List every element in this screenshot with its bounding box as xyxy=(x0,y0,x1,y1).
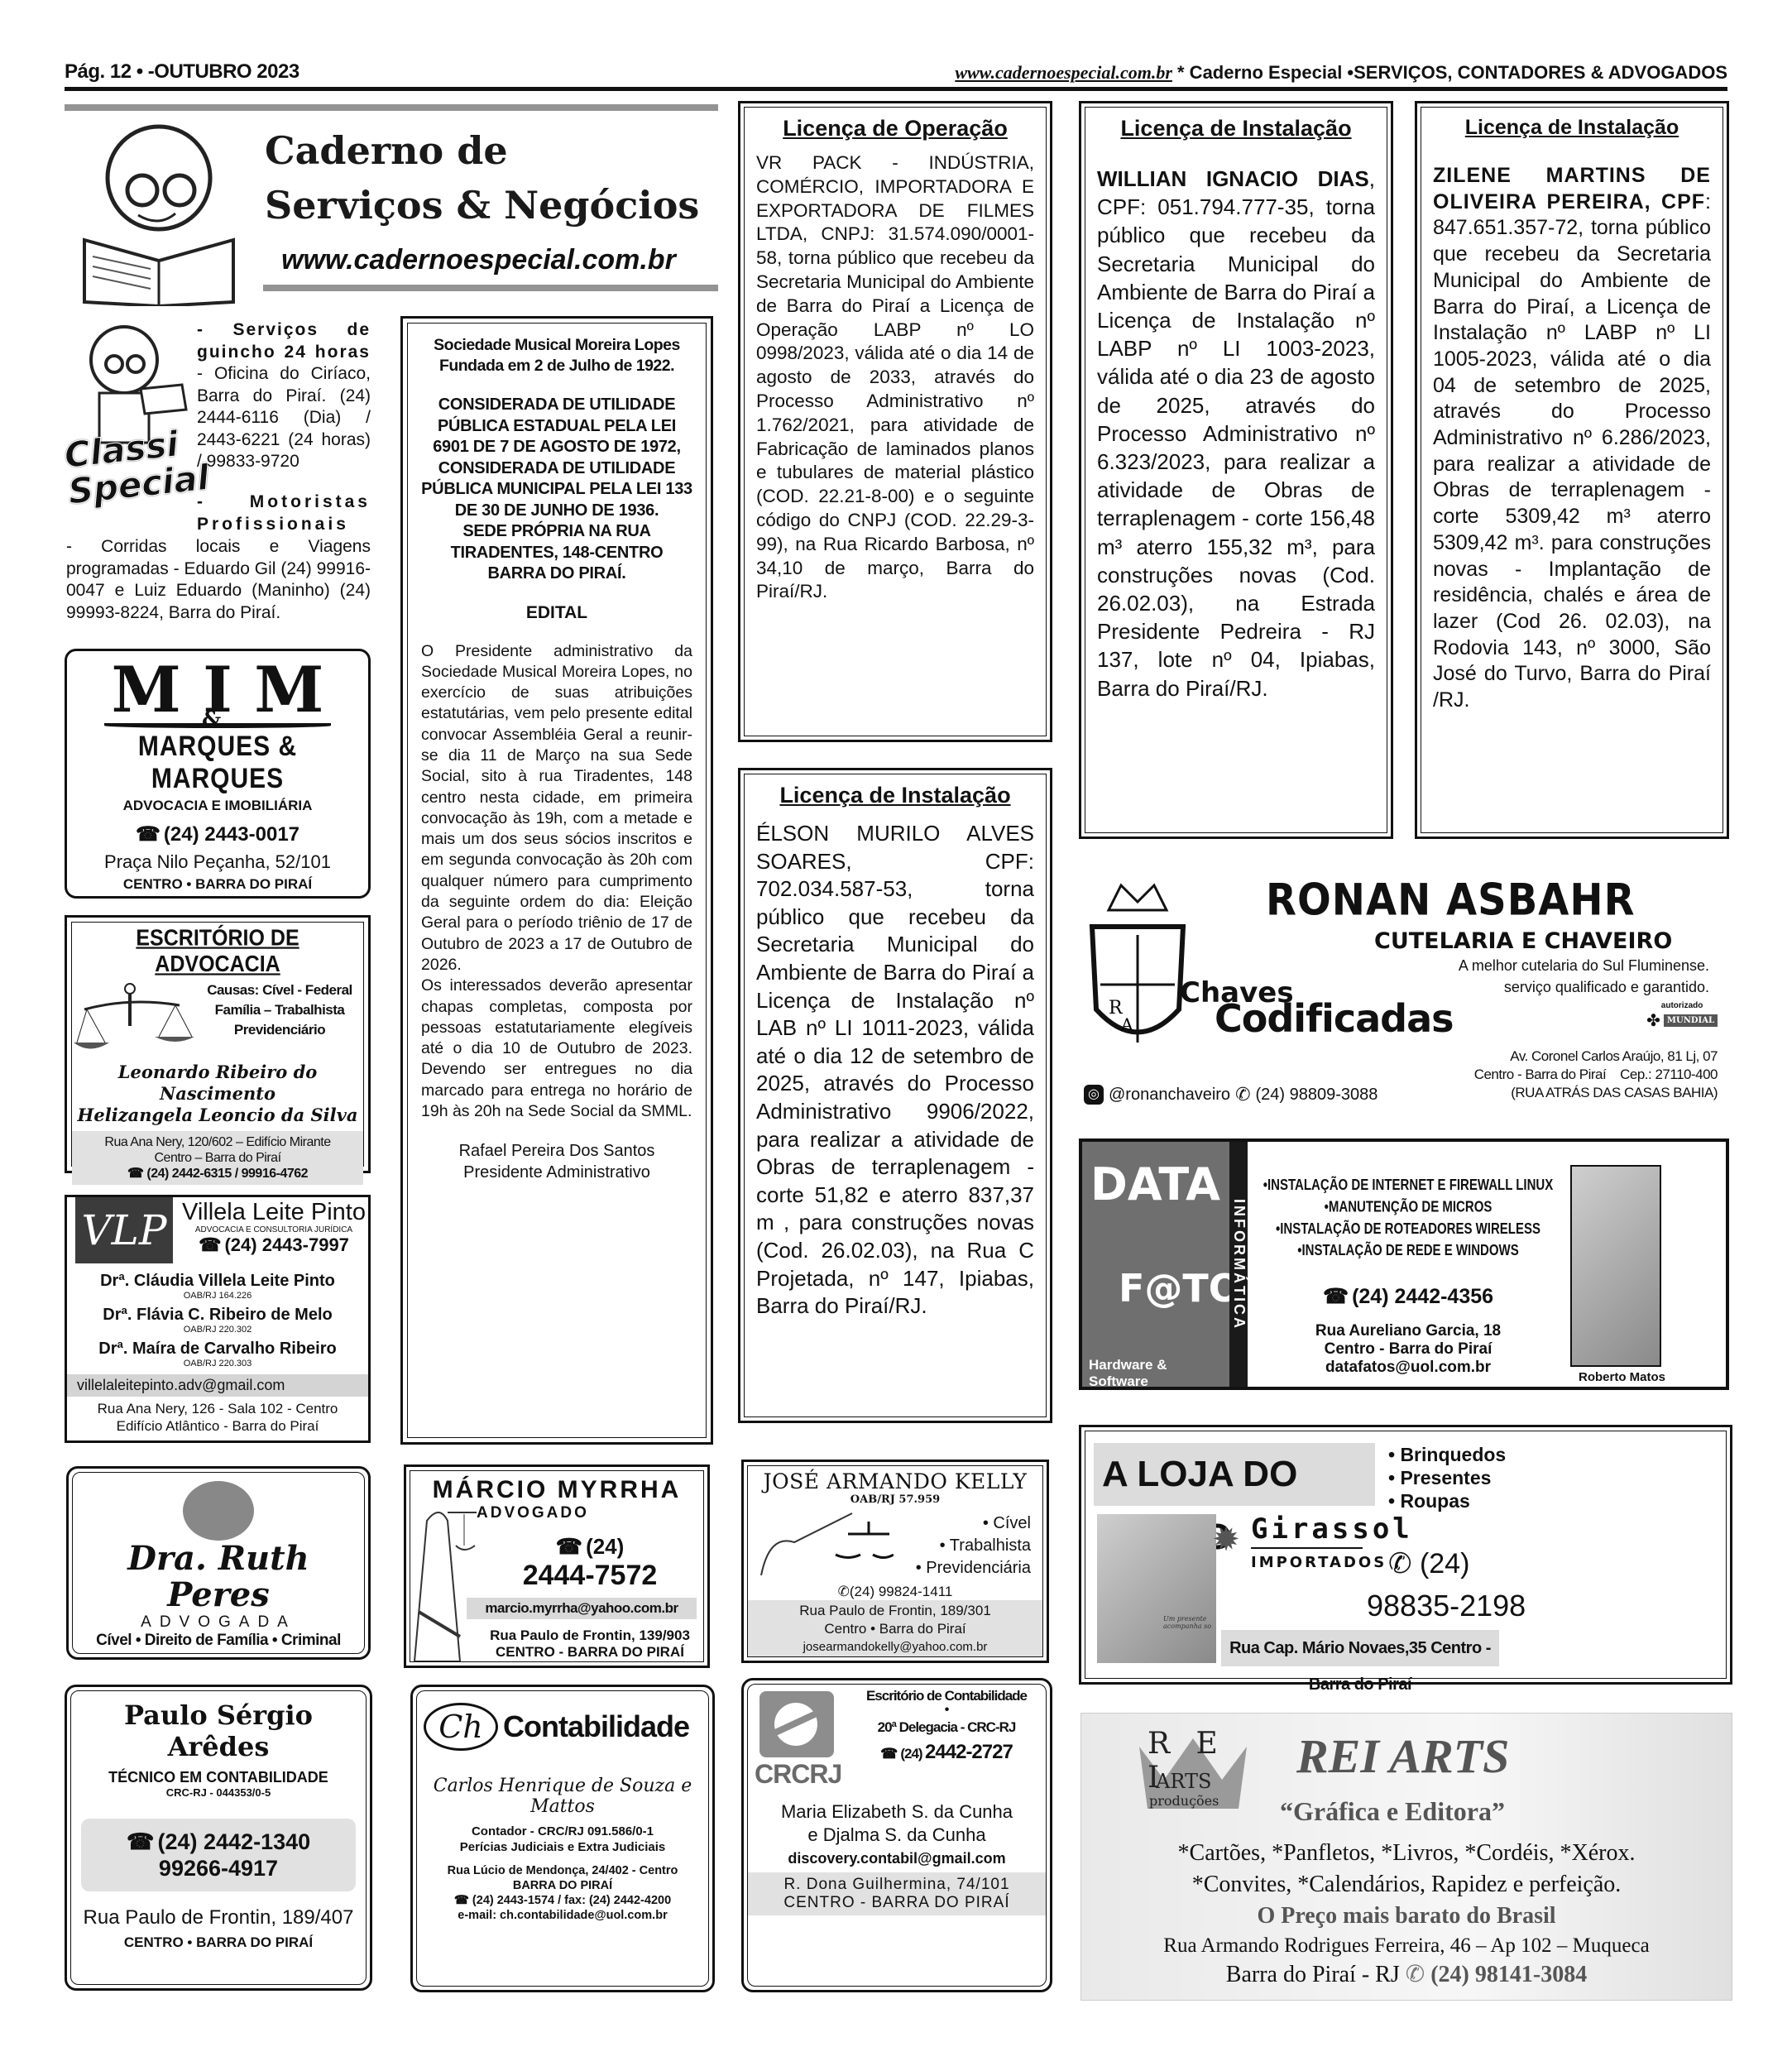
kelly-phone[interactable]: ✆(24) 99824-1411 xyxy=(748,1584,1042,1600)
marques-name: MARQUES & MARQUES xyxy=(71,731,364,795)
lady-justice-medallion-icon xyxy=(183,1481,254,1541)
vlp-logo: VLP xyxy=(75,1197,173,1263)
ruth-areas: Cível • Direito de Família • Criminal xyxy=(73,1632,364,1650)
scales-of-justice-icon xyxy=(72,980,196,1062)
kelly-area3: • Previdenciária xyxy=(916,1557,1031,1579)
marques-phone[interactable]: (24) 2443-0017 xyxy=(71,822,364,846)
kelly-email[interactable]: josearmandokelly@yahoo.com.br xyxy=(748,1638,1042,1656)
marcio-address: Rua Paulo de Frontin, 139/903 xyxy=(483,1627,697,1644)
crest-shield-icon: RA xyxy=(1084,877,1191,1067)
ad-ch-contabilidade: Ch Contabilidade Carlos Henrique de Souz… xyxy=(410,1685,715,1992)
crc-names2: e Djalma S. da Cunha xyxy=(748,1824,1046,1847)
ch-name: Contabilidade xyxy=(503,1709,689,1744)
datafatos-vertical-label: INFORMÁTICA xyxy=(1229,1142,1248,1387)
marcio-role: ADVOGADO xyxy=(477,1504,697,1522)
rei-line2: *Convites, *Calendários, Rapidez e perfe… xyxy=(1081,1869,1732,1901)
ch-city: BARRA DO PIRAÍ xyxy=(424,1878,702,1893)
girassol-brand: Girassol xyxy=(1251,1512,1413,1546)
marques-monogram: M I M & xyxy=(71,657,364,723)
crc-bullet: • xyxy=(847,1704,1046,1716)
ad-loja-do-lauro: A LOJA DO LAURO • Brinquedos • Presentes… xyxy=(1079,1425,1732,1685)
datafatos-logo: DATA F@TOS Hardware & Software xyxy=(1082,1142,1229,1387)
villela-oab1: OAB/RJ 164.226 xyxy=(67,1290,368,1301)
kelly-area1: • Cível xyxy=(916,1512,1031,1535)
ronan-sub: CUTELARIA E CHAVEIRO xyxy=(1374,928,1672,954)
rei-address: Rua Armando Rodrigues Ferreira, 46 – Ap … xyxy=(1081,1932,1732,1960)
ronan-codificadas: Codificadas xyxy=(1215,996,1454,1041)
ad-escritorio-advocacia: ESCRITÓRIO DE ADVOCACIA Causas: Cível - … xyxy=(65,915,371,1173)
masthead-title-line1: Caderno de xyxy=(265,126,508,175)
mundial-badge: autorizado ✤MUNDIAL xyxy=(1646,1001,1718,1031)
whatsapp-icon: ✆ xyxy=(1235,1084,1250,1105)
villela-oab3: OAB/RJ 220.303 xyxy=(67,1358,368,1369)
escritorio-phone[interactable]: (24) 2442-6315 / 99916-4762 xyxy=(72,1166,363,1182)
marcio-phone-ddd[interactable]: (24) xyxy=(483,1534,697,1560)
girassol-sub: IMPORTADOS xyxy=(1251,1554,1387,1571)
license-body: WILLIAN IGNACIO DIAS, CPF: 051.794.777-3… xyxy=(1097,165,1375,702)
datafatos-address: Rua Aureliano Garcia, 18 xyxy=(1251,1322,1565,1340)
lady-justice-scales-icon xyxy=(753,1509,894,1575)
page-header: Pág. 12 • -OUTUBRO 2023 www.cadernoespec… xyxy=(65,60,1727,91)
ad-villela-leite-pinto: VLP Villela Leite Pinto ADVOCACIA E CONS… xyxy=(65,1195,371,1443)
page-number-date: Pág. 12 • -OUTUBRO 2023 xyxy=(65,60,299,84)
ronan-instagram[interactable]: @ronanchaveiro xyxy=(1109,1086,1230,1105)
rei-sub: “Gráfica e Editora” xyxy=(1280,1796,1505,1827)
ad-marcio-myrrha: MÁRCIO MYRRHA ADVOGADO (24) 2444-7572 ma… xyxy=(404,1464,710,1668)
edital-founded: Fundada em 2 de Julho de 1922. xyxy=(421,356,692,376)
villela-address2: Edifício Atlântico - Barra do Piraí xyxy=(67,1417,368,1435)
ruth-role: ADVOGADA xyxy=(73,1613,364,1632)
classified-drivers-text: - Corridas locais e Viagens programadas … xyxy=(66,536,371,624)
lauro-item1: • Brinquedos xyxy=(1388,1443,1506,1466)
villela-oab2: OAB/RJ 220.302 xyxy=(67,1324,368,1335)
mundial-logo-icon: ✤ xyxy=(1646,1010,1660,1031)
edital-signer: Rafael Pereira Dos Santos xyxy=(421,1140,692,1162)
license-notice-willian: Licença de Instalação WILLIAN IGNACIO DI… xyxy=(1079,101,1393,839)
villela-phone[interactable]: (24) 2443-7997 xyxy=(179,1234,369,1256)
marcio-phone[interactable]: 2444-7572 xyxy=(483,1560,697,1591)
crc-address: R. Dona Guilhermina, 74/101 xyxy=(748,1876,1046,1894)
license-notice-zilene: Licença de Instalação ZILENE MARTINS DE … xyxy=(1415,101,1729,839)
license-holder: WILLIAN IGNACIO DIAS xyxy=(1097,166,1369,191)
ad-data-fatos: DATA F@TOS Hardware & Software INFORMÁTI… xyxy=(1079,1138,1729,1390)
paulo-phone1[interactable]: (24) 2442-1340 xyxy=(81,1829,356,1855)
license-notice-vr-pack: Licença de Operação VR PACK - INDÚSTRIA,… xyxy=(738,101,1052,742)
escritorio-title: ESCRITÓRIO DE ADVOCACIA xyxy=(72,925,363,978)
license-body: VR PACK - INDÚSTRIA, COMÉRCIO, IMPORTADO… xyxy=(756,151,1034,604)
crc-city: CENTRO - BARRA DO PIRAÍ xyxy=(748,1894,1046,1912)
ronan-address2: Centro - Barra do Piraí Cep.: 27110-400 xyxy=(1474,1066,1718,1084)
crc-email[interactable]: discovery.contabil@gmail.com xyxy=(748,1850,1046,1867)
edital-paragraph1: O Presidente administrativo da Sociedade… xyxy=(421,641,692,976)
ch-line2: Perícias Judiciais e Extra Judiciais xyxy=(424,1839,702,1855)
lauro-phone-ddd[interactable]: ✆ (24) xyxy=(1388,1547,1469,1580)
edital-paragraph2: Os interessados deverão apresentar chapa… xyxy=(421,975,692,1122)
datafatos-service2: •MANUTENÇÃO DE MICROS xyxy=(1251,1196,1565,1218)
edital-sede: SEDE PRÓPRIA NA RUA TIRADENTES, 148-CENT… xyxy=(421,521,692,585)
paulo-address: Rua Paulo de Frontin, 189/407 xyxy=(76,1906,361,1929)
paulo-role: TÉCNICO EM CONTABILIDADE xyxy=(76,1769,361,1786)
causas-line1: Causas: Cível - Federal xyxy=(196,980,363,1000)
ad-rei-arts: R E I ARTS produções REI ARTS “Gráfica e… xyxy=(1080,1713,1732,2001)
datafatos-phone[interactable]: (24) 2442-4356 xyxy=(1251,1284,1565,1309)
lady-justice-illustration-icon xyxy=(410,1496,485,1661)
site-link[interactable]: www.cadernoespecial.com.br xyxy=(955,62,1172,83)
sunflower-icon: ✹ xyxy=(1210,1512,1243,1567)
kelly-name: JOSÉ ARMANDO KELLY xyxy=(748,1469,1042,1493)
causas-line3: Previdenciário xyxy=(196,1020,363,1040)
kelly-city: Centro • Barra do Piraí xyxy=(748,1620,1042,1638)
datafatos-service1: •INSTALAÇÃO DE INTERNET E FIREWALL LINUX xyxy=(1251,1175,1565,1196)
paulo-city: CENTRO • BARRA DO PIRAÍ xyxy=(76,1934,361,1951)
escritorio-address: Rua Ana Nery, 120/602 – Edifício Mirante xyxy=(72,1134,363,1150)
villela-lawyer1: Drª. Cláudia Villela Leite Pinto xyxy=(67,1272,368,1290)
villela-email[interactable]: villelaleitepinto.adv@gmail.com xyxy=(67,1374,368,1397)
ad-crc-contabilidade: CRCRJ Escritório de Contabilidade • 20ª … xyxy=(741,1678,1052,1992)
edital-org: Sociedade Musical Moreira Lopes xyxy=(421,335,692,356)
crc-title: Escritório de Contabilidade xyxy=(847,1688,1046,1704)
license-title: Licença de Instalação xyxy=(756,783,1034,808)
crc-names1: Maria Elizabeth S. da Cunha xyxy=(748,1800,1046,1824)
ad-ruth-peres: Dra. Ruth Peres ADVOGADA Cível • Direito… xyxy=(66,1466,371,1660)
villela-sub: ADVOCACIA E CONSULTORIA JURÍDICA xyxy=(179,1225,369,1234)
ch-person: Carlos Henrique de Souza e Mattos xyxy=(424,1776,702,1817)
ch-address: Rua Lúcio de Mendonça, 24/402 - Centro xyxy=(424,1863,702,1878)
license-holder: ZILENE MARTINS DE OLIVEIRA PEREIRA, CPF xyxy=(1433,164,1711,213)
edital-public-utility: CONSIDERADA DE UTILIDADE PÚBLICA ESTADUA… xyxy=(421,395,692,521)
license-title: Licença de Instalação xyxy=(1433,116,1711,140)
escritorio-lawyer1: Leonardo Ribeiro do Nascimento xyxy=(72,1062,363,1105)
ch-email[interactable]: e-mail: ch.contabilidade@uol.com.br xyxy=(424,1908,702,1923)
causas-line2: Família – Trabalhista xyxy=(196,1000,363,1020)
marques-sub: ADVOCACIA E IMOBILIÁRIA xyxy=(71,798,364,814)
license-notice-elson: Licença de Instalação ÉLSON MURILO ALVES… xyxy=(738,768,1052,1423)
classified-towing: - Serviços de guincho 24 horas - Oficina… xyxy=(197,319,371,473)
section-title: * Caderno Especial •SERVIÇOS, CONTADORES… xyxy=(1172,62,1727,83)
ruth-name: Dra. Ruth Peres xyxy=(73,1541,364,1613)
paulo-phone2[interactable]: 99266-4917 xyxy=(81,1855,356,1881)
lauro-name: A LOJA DO LAURO xyxy=(1094,1443,1375,1506)
ronan-tagline2: serviço qualificado e garantido. xyxy=(1459,976,1709,998)
license-title: Licença de Operação xyxy=(756,116,1034,141)
marcio-city: CENTRO - BARRA DO PIRAÍ xyxy=(483,1644,697,1661)
marcio-email[interactable]: marcio.myrrha@yahoo.com.br xyxy=(467,1598,697,1619)
couple-gift-photo: Um presente acompanha so xyxy=(1097,1514,1216,1663)
rei-name: REI ARTS xyxy=(1296,1728,1509,1784)
rei-city-phone: Barra do Piraí - RJ ✆ (24) 98141-3084 xyxy=(1081,1960,1732,1990)
instagram-icon: ◎ xyxy=(1084,1085,1104,1105)
ch-phone[interactable]: (24) 2443-1574 / fax: (24) 2442-4200 xyxy=(424,1893,702,1908)
ronan-name: RONAN ASBAHR xyxy=(1266,875,1636,926)
lauro-address: Rua Cap. Mário Novaes,35 Centro - Barra … xyxy=(1221,1630,1499,1666)
ronan-address1: Av. Coronel Carlos Araújo, 81 Lj, 07 xyxy=(1474,1047,1718,1066)
svg-text:A: A xyxy=(1120,1014,1133,1034)
header-right: www.cadernoespecial.com.br * Caderno Esp… xyxy=(955,62,1727,84)
escritorio-city: Centro – Barra do Piraí xyxy=(72,1150,363,1166)
datafatos-tagline: Hardware & Software xyxy=(1089,1357,1229,1390)
villela-lawyer2: Drª. Flávia C. Ribeiro de Melo xyxy=(67,1306,368,1324)
classified-towing-text: - Oficina do Ciríaco, Barra do Piraí. (2… xyxy=(197,364,371,471)
ronan-address3: (RUA ATRÁS DAS CASAS BAHIA) xyxy=(1474,1084,1718,1102)
villela-name: Villela Leite Pinto xyxy=(179,1199,369,1225)
marques-city: CENTRO • BARRA DO PIRAÍ xyxy=(71,876,364,893)
whatsapp-icon: ✆ xyxy=(838,1584,850,1599)
datafatos-service3: •INSTALAÇÃO DE ROTEADORES WIRELESS xyxy=(1251,1219,1565,1240)
masthead-top-bar xyxy=(65,104,718,111)
villela-address1: Rua Ana Nery, 126 - Sala 102 - Centro xyxy=(67,1400,368,1417)
ad-ronan-asbahr: RA RONAN ASBAHR CUTELARIA E CHAVEIRO A m… xyxy=(1080,872,1734,1112)
roberto-matos-photo xyxy=(1570,1165,1661,1367)
crc-logo-text: CRCRJ xyxy=(755,1759,841,1790)
classified-drivers-title: - Motoristas Profissionais xyxy=(197,491,371,535)
edital-signer-role: Presidente Administrativo xyxy=(421,1162,692,1183)
license-body: ÉLSON MURILO ALVES SOARES, CPF: 702.034.… xyxy=(756,820,1034,1321)
masthead-bottom-bar xyxy=(263,285,718,291)
ad-jose-armando-kelly: JOSÉ ARMANDO KELLY OAB/RJ 57.959 • Cível… xyxy=(741,1460,1049,1663)
crc-delegacia: 20ª Delegacia - CRC-RJ xyxy=(847,1719,1046,1736)
marques-address: Praça Nilo Peçanha, 52/101 xyxy=(71,851,364,873)
classified-towing-title: - Serviços de guincho 24 horas xyxy=(197,320,371,362)
classi-special-logo: Classi Special xyxy=(66,314,190,513)
lauro-phone[interactable]: 98835-2198 xyxy=(1367,1589,1526,1623)
masthead-title-line2: Serviços & Negócios xyxy=(265,180,699,230)
ad-paulo-sergio-aredes: Paulo Sérgio Arêdes TÉCNICO EM CONTABILI… xyxy=(65,1685,372,1991)
crc-phone[interactable]: (24) 2442-2727 xyxy=(847,1741,1046,1764)
reading-boy-illustration-icon xyxy=(68,116,258,306)
rei-line3: O Preço mais barato do Brasil xyxy=(1081,1901,1732,1932)
edital-title: EDITAL xyxy=(421,603,692,623)
crown-logo: R E I ARTS produções xyxy=(1131,1730,1255,1813)
ch-line1: Contador - CRC/RJ 091.586/0-1 xyxy=(424,1824,702,1839)
ronan-tagline1: A melhor cutelaria do Sul Fluminense. xyxy=(1459,955,1709,976)
crc-gear-logo-icon xyxy=(759,1691,834,1757)
ch-logo: Ch xyxy=(424,1703,498,1751)
license-body: ZILENE MARTINS DE OLIVEIRA PEREIRA, CPF:… xyxy=(1433,163,1711,714)
datafatos-city: Centro - Barra do Piraí xyxy=(1251,1340,1565,1359)
kelly-area2: • Trabalhista xyxy=(916,1535,1031,1557)
edital-sociedade-musical: Sociedade Musical Moreira Lopes Fundada … xyxy=(400,316,713,1445)
paulo-name: Paulo Sérgio Arêdes xyxy=(76,1699,361,1762)
kelly-oab: OAB/RJ 57.959 xyxy=(748,1493,1042,1506)
lauro-item3: • Roupas xyxy=(1388,1489,1506,1512)
rei-phone[interactable]: (24) 98141-3084 xyxy=(1430,1962,1587,1987)
whatsapp-icon: ✆ xyxy=(1406,1962,1425,1987)
whatsapp-icon: ✆ xyxy=(1388,1548,1412,1579)
paulo-crc: CRC-RJ - 044353/0-5 xyxy=(76,1786,361,1799)
kelly-address: Rua Paulo de Frontin, 189/301 xyxy=(748,1602,1042,1620)
escritorio-lawyer2: Helizangela Leoncio da Silva xyxy=(72,1105,363,1126)
datafatos-service4: •INSTALAÇÃO DE REDE E WINDOWS xyxy=(1251,1240,1565,1262)
masthead-url[interactable]: www.cadernoespecial.com.br xyxy=(281,244,676,276)
villela-lawyer3: Drª. Maíra de Carvalho Ribeiro xyxy=(67,1340,368,1358)
ad-marques-marques: M I M & MARQUES & MARQUES ADVOCACIA E IM… xyxy=(65,649,371,899)
lauro-item2: • Presentes xyxy=(1388,1466,1506,1489)
datafatos-email[interactable]: datafatos@uol.com.br xyxy=(1251,1359,1565,1377)
license-title: Licença de Instalação xyxy=(1097,116,1375,141)
rei-line1: *Cartões, *Panfletos, *Livros, *Cordéis,… xyxy=(1081,1838,1732,1869)
datafatos-person: Roberto Matos xyxy=(1579,1370,1665,1384)
ronan-whatsapp[interactable]: (24) 98809-3088 xyxy=(1256,1086,1378,1105)
